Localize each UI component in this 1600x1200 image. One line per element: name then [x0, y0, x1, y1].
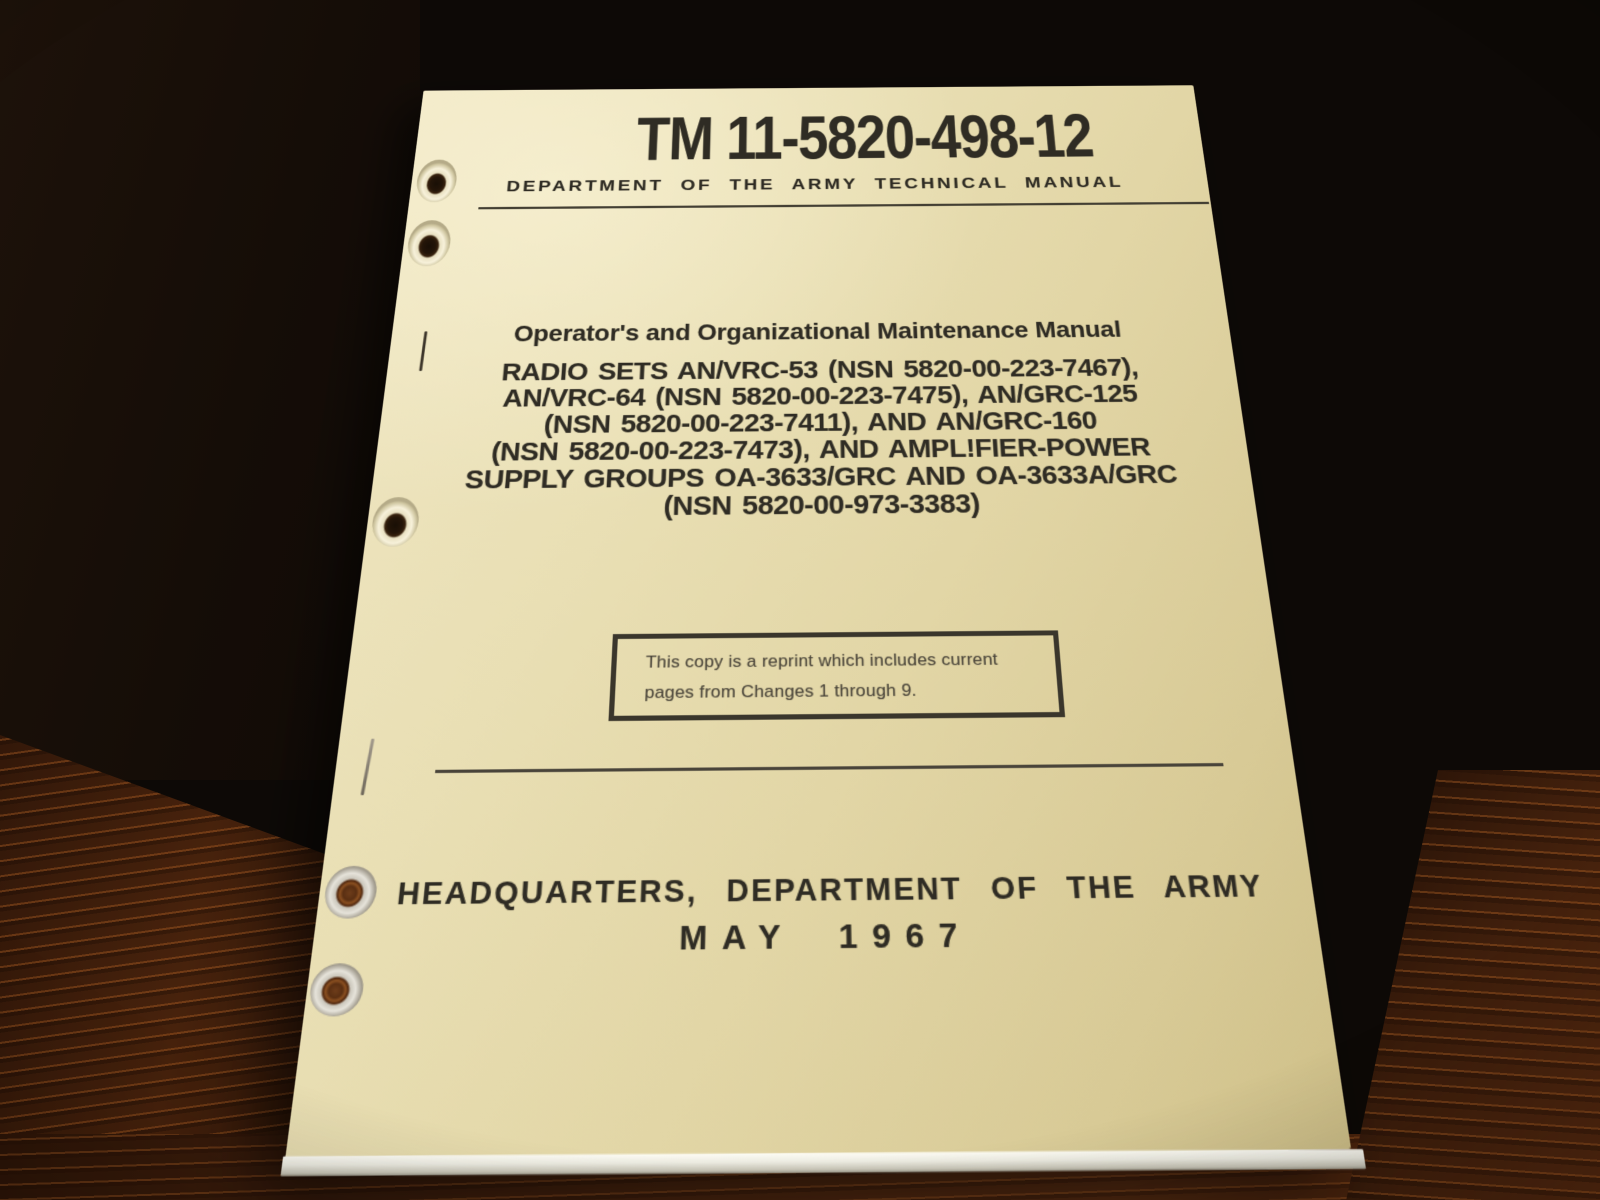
footer-date: MAY 1967: [329, 913, 1322, 962]
divider-rule: [435, 763, 1224, 773]
tm-number-heading: TM 11-5820-498-12: [620, 105, 1110, 170]
reprint-notice-line-2: pages from Changes 1 through 9.: [644, 674, 1059, 708]
header-rule: [478, 202, 1209, 210]
subtitle: Operator's and Organizational Maintenanc…: [403, 316, 1231, 347]
staple-bottom: [361, 739, 375, 796]
reprint-notice-line-1: This copy is a reprint which includes cu…: [645, 644, 1056, 677]
manual-cover: TM 11-5820-498-12 DEPARTMENT OF THE ARMY…: [285, 85, 1351, 1159]
footer-headquarters: HEADQUARTERS, DEPARTMENT OF THE ARMY: [346, 868, 1315, 913]
department-line: DEPARTMENT OF THE ARMY TECHNICAL MANUAL: [421, 173, 1209, 196]
wood-table-right-grain: [1330, 770, 1600, 1200]
radio-sets-title: RADIO SETS AN/VRC-53 (NSN 5820-00-223-74…: [385, 355, 1257, 524]
punch-hole-5: [307, 963, 366, 1017]
punch-hole-2: [405, 220, 452, 266]
reprint-notice-box: This copy is a reprint which includes cu…: [608, 630, 1065, 721]
punch-hole-3: [369, 497, 421, 547]
wood-table-left-grain: [0, 735, 330, 1200]
